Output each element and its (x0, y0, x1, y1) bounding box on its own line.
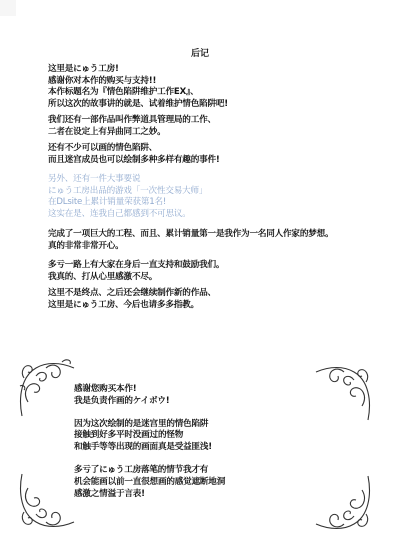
text-line: 和触手等等出现的画面真是受益匪浅! (74, 442, 225, 454)
text-line: 另外、还有一件大事要说 (48, 174, 398, 186)
text-line: 我真的、打从心里感激不尽。 (48, 272, 398, 284)
paragraph-thanks: 多亏一路上有大家在身后一直支持和鼓励我们。 我真的、打从心里感激不尽。 (48, 260, 398, 283)
page-title: 后记 (0, 46, 400, 59)
text-line: 还有不少可以画的情色陷阱、 (48, 143, 398, 155)
ornament-bottom-left-icon (16, 468, 78, 534)
text-line: 感谢你对本作的购买与支持!! (48, 76, 398, 88)
ornament-bottom-right-icon (312, 470, 374, 536)
text-line: 二者在设定上有异曲同工之妙。 (48, 127, 398, 139)
text-line: 我是负责作画的ケイボウ! (74, 396, 225, 408)
text-line: 感谢您购买本作! (74, 384, 225, 396)
text-line: 多亏了にゅう工房落笔的情节我才有 (74, 465, 225, 477)
afterword-body: 这里是にゅう工房! 感谢你对本作的购买与支持!! 本作标题名为『情色陷阱维护工作… (48, 64, 398, 316)
text-line: 完成了一项巨大的工程、而且、累计销量第一是我作为一名同人作家的梦想。 (48, 229, 398, 241)
text-line: 真的非常非常开心。 (48, 241, 398, 253)
scan-artifact (0, 0, 16, 16)
text-line: 机会能画以前一直很想画的感觉遮断地洞 (74, 477, 225, 489)
text-line: にゅう工房出品的游戏「一次性交易大师」 (48, 186, 398, 198)
text-line: 这里是にゅう工房! (48, 64, 398, 76)
text-line: 本作标题名为『情色陷阱维护工作EX』、 (48, 87, 398, 99)
ornament-top-right-icon (312, 360, 374, 426)
note-monsters: 因为这次绘制的是迷宫里的情色陷阱 接触到好多平时没画过的怪物 和触手等等出现的画… (74, 419, 225, 454)
text-line: 而且迷宫成员也可以绘制多种多样有趣的事件! (48, 155, 398, 167)
ornament-top-left-icon (16, 356, 78, 422)
text-line: 我们还有一部作品叫作弊道具管理局的工作、 (48, 115, 398, 127)
text-line: 在DLsite上累计销量荣获第1名! (48, 197, 398, 209)
artist-note: 感谢您购买本作! 我是负责作画的ケイボウ! 因为这次绘制的是迷宫里的情色陷阱 接… (74, 384, 225, 511)
text-line: 多亏一路上有大家在身后一直支持和鼓励我们。 (48, 260, 398, 272)
paragraph-traps: 还有不少可以画的情色陷阱、 而且迷宫成员也可以绘制多种多样有趣的事件! (48, 143, 398, 166)
text-line: 这里不是终点、之后还会继续制作新的作品、 (48, 288, 398, 300)
text-line: 因为这次绘制的是迷宫里的情色陷阱 (74, 419, 225, 431)
text-line: 感激之情溢于言表! (74, 489, 225, 501)
text-line: 接触到好多平时没画过的怪物 (74, 430, 225, 442)
paragraph-related-work: 我们还有一部作品叫作弊道具管理局的工作、 二者在设定上有异曲同工之妙。 (48, 115, 398, 138)
paragraph-dream: 完成了一项巨大的工程、而且、累计销量第一是我作为一名同人作家的梦想。 真的非常非… (48, 229, 398, 252)
note-greeting: 感谢您购买本作! 我是负责作画的ケイボウ! (74, 384, 225, 408)
paragraph-future: 这里不是终点、之后还会继续制作新的作品、 这里是にゅう工房、今后也请多多指教。 (48, 288, 398, 311)
text-line: 这实在是、连我自己都感到不可思议。 (48, 209, 398, 221)
text-line: 所以这次的故事讲的就是、试着维护情色陷阱吧! (48, 99, 398, 111)
paragraph-greeting: 这里是にゅう工房! 感谢你对本作的购买与支持!! 本作标题名为『情色陷阱维护工作… (48, 64, 398, 110)
note-gratitude: 多亏了にゅう工房落笔的情节我才有 机会能画以前一直很想画的感觉遮断地洞 感激之情… (74, 465, 225, 500)
paragraph-announcement: 另外、还有一件大事要说 にゅう工房出品的游戏「一次性交易大师」 在DLsite上… (48, 174, 398, 220)
text-line: 这里是にゅう工房、今后也请多多指教。 (48, 300, 398, 312)
